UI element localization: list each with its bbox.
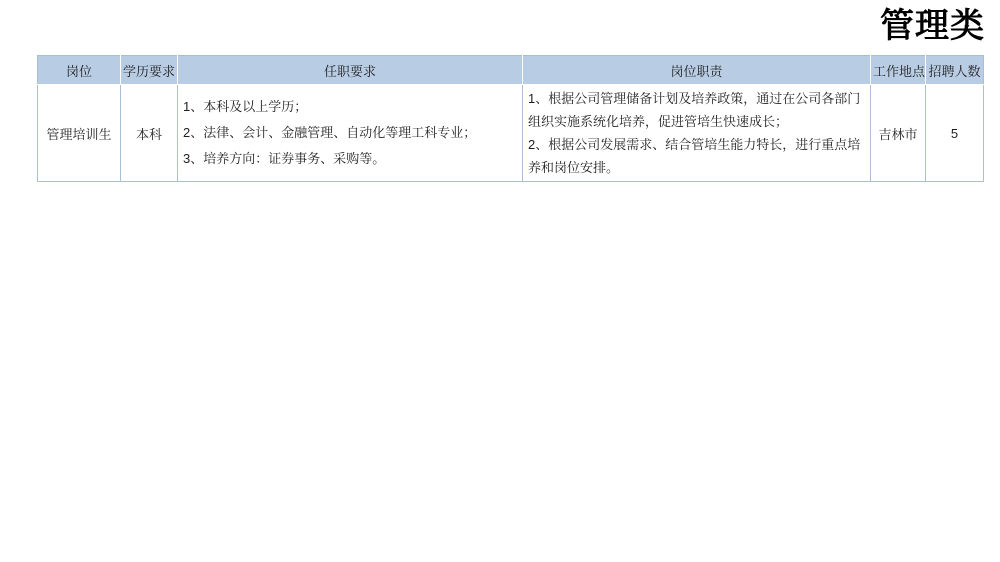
table-header-row: 岗位 学历要求 任职要求 岗位职责 工作地点 招聘人数 — [38, 56, 984, 85]
requirement-line-3: 3、培养方向：证券事务、采购等。 — [183, 146, 517, 172]
cell-location: 吉林市 — [871, 85, 926, 182]
cell-requirements: 1、本科及以上学历； 2、法律、会计、金融管理、自动化等理工科专业； 3、培养方… — [178, 85, 523, 182]
cell-education: 本科 — [121, 85, 178, 182]
category-title: 管理类 — [880, 6, 985, 46]
responsibility-line-2: 2、根据公司发展需求、结合管培生能力特长，进行重点培养和岗位安排。 — [528, 133, 865, 179]
cell-headcount: 5 — [926, 85, 984, 182]
document-page: 管理类 岗位 学历要求 任职要求 岗位职责 工作地点 招聘人数 管理培训生 本科 — [0, 0, 1000, 562]
header-responsibilities: 岗位职责 — [523, 56, 871, 85]
cell-position: 管理培训生 — [38, 85, 121, 182]
responsibility-line-1: 1、根据公司管理储备计划及培养政策，通过在公司各部门组织实施系统化培养，促进管培… — [528, 87, 865, 133]
header-position: 岗位 — [38, 56, 121, 85]
cell-responsibilities: 1、根据公司管理储备计划及培养政策，通过在公司各部门组织实施系统化培养，促进管培… — [523, 85, 871, 182]
header-education: 学历要求 — [121, 56, 178, 85]
requirement-line-1: 1、本科及以上学历； — [183, 94, 517, 120]
header-requirements: 任职要求 — [178, 56, 523, 85]
header-headcount: 招聘人数 — [926, 56, 984, 85]
jobs-table: 岗位 学历要求 任职要求 岗位职责 工作地点 招聘人数 管理培训生 本科 1、本… — [37, 55, 984, 182]
table-row: 管理培训生 本科 1、本科及以上学历； 2、法律、会计、金融管理、自动化等理工科… — [38, 85, 984, 182]
header-location: 工作地点 — [871, 56, 926, 85]
requirement-line-2: 2、法律、会计、金融管理、自动化等理工科专业； — [183, 120, 517, 146]
